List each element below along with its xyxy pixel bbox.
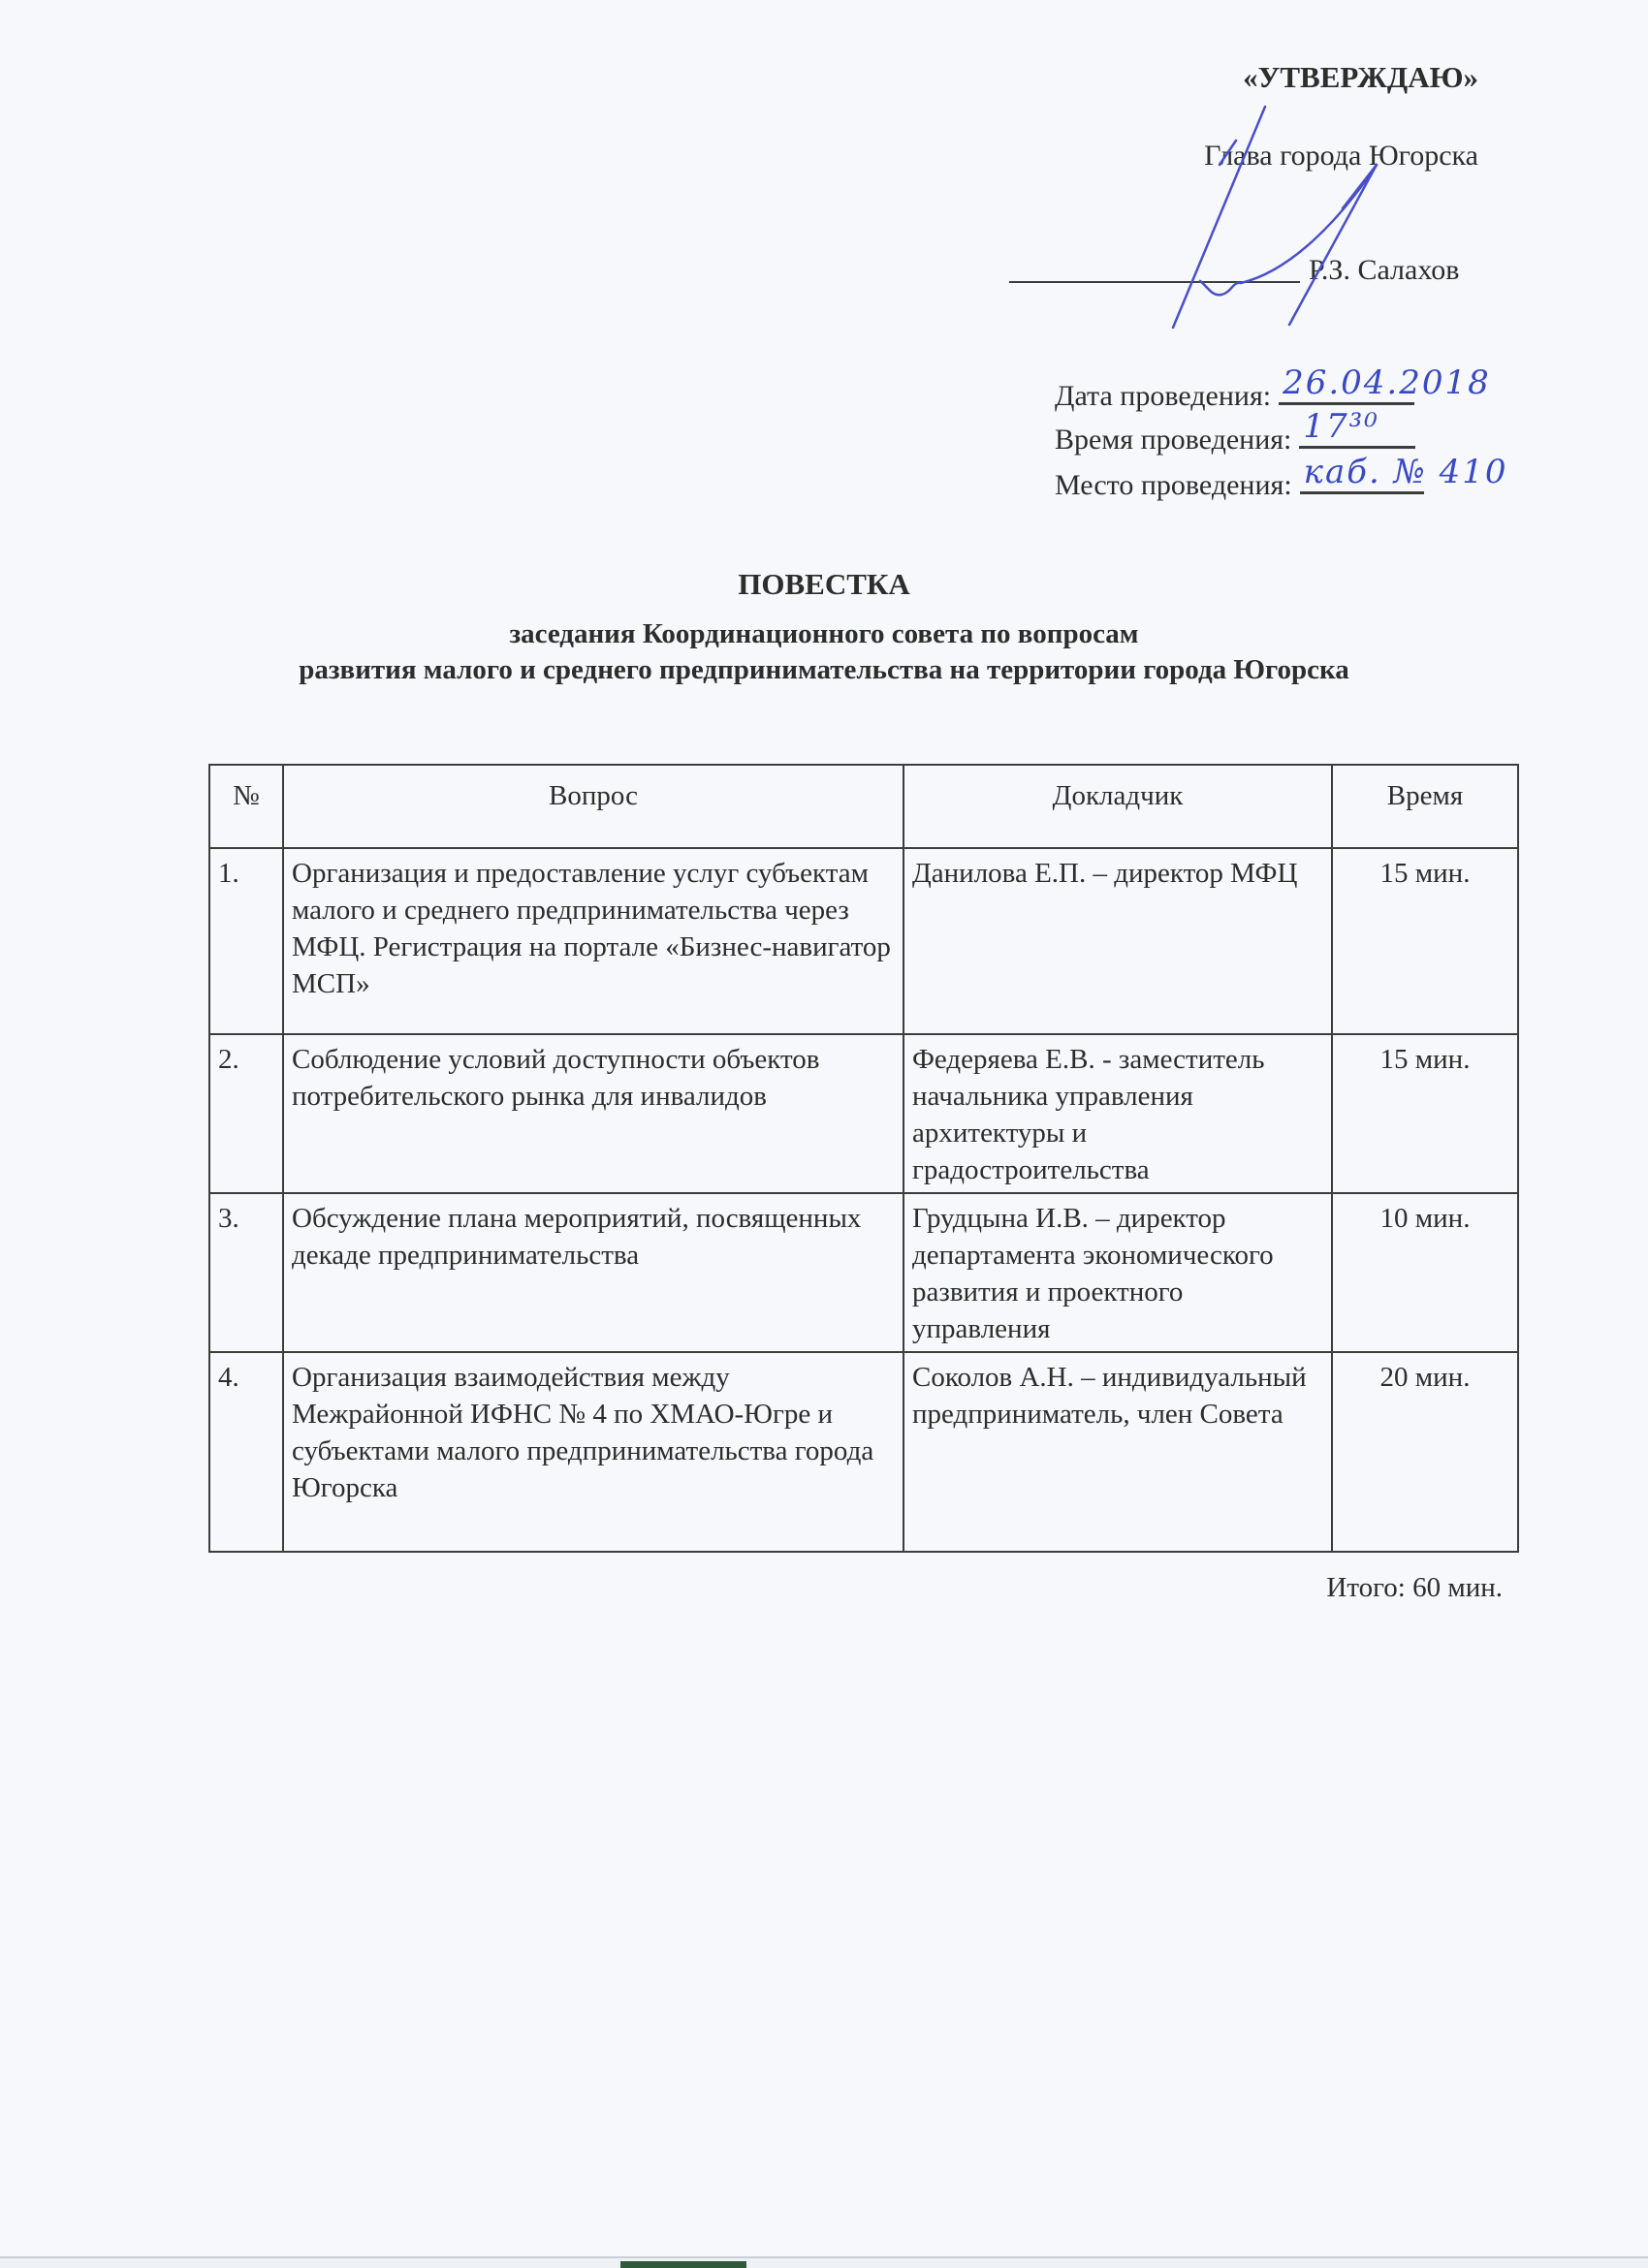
- scan-artifact: [620, 2261, 746, 2268]
- meeting-place-value: каб. № 410: [1304, 453, 1508, 491]
- row-question: Организация и предоставление услуг субъе…: [283, 848, 903, 1034]
- subtitle-line-1: заседания Координационного совета по воп…: [0, 616, 1648, 652]
- meeting-time-label: Время проведения:: [1055, 424, 1291, 457]
- row-time: 20 мин.: [1332, 1352, 1518, 1552]
- approval-stamp: «УТВЕРЖДАЮ»: [1243, 60, 1478, 95]
- row-question: Организация взаимодействия между Межрайо…: [283, 1352, 903, 1552]
- row-speaker: Федеряева Е.В. - заместитель начальника …: [903, 1034, 1332, 1193]
- header-speaker: Докладчик: [903, 765, 1332, 848]
- row-time: 15 мин.: [1332, 1034, 1518, 1193]
- document-subtitle: заседания Координационного совета по воп…: [0, 616, 1648, 688]
- meeting-date-label: Дата проведения:: [1055, 380, 1271, 413]
- row-num: 4.: [209, 1352, 283, 1552]
- row-speaker: Грудцына И.В. – директор департамента эк…: [903, 1193, 1332, 1352]
- meeting-date-value: 26.04.2018: [1283, 363, 1491, 402]
- row-time: 10 мин.: [1332, 1193, 1518, 1352]
- header-time: Время: [1332, 765, 1518, 848]
- total-duration: Итого: 60 мин.: [1326, 1572, 1503, 1604]
- document-title: ПОВЕСТКА: [0, 567, 1648, 602]
- row-num: 3.: [209, 1193, 283, 1352]
- table-row: 3. Обсуждение плана мероприятий, посвяще…: [209, 1193, 1518, 1352]
- row-num: 1.: [209, 848, 283, 1034]
- meeting-time-field: 17³⁰: [1299, 417, 1415, 449]
- meeting-time-value: 17³⁰: [1303, 407, 1379, 446]
- header-question: Вопрос: [283, 765, 903, 848]
- row-question: Соблюдение условий доступности объектов …: [283, 1034, 903, 1193]
- table-row: 4. Организация взаимодействия между Межр…: [209, 1352, 1518, 1552]
- meeting-place-label: Место проведения:: [1055, 469, 1292, 502]
- scan-edge: [0, 2256, 1648, 2268]
- meeting-place: Место проведения:каб. № 410: [1055, 462, 1424, 502]
- row-speaker: Данилова Е.П. – директор МФЦ: [903, 848, 1332, 1034]
- header-num: №: [209, 765, 283, 848]
- table-row: 2. Соблюдение условий доступности объект…: [209, 1034, 1518, 1193]
- meeting-date-field: 26.04.2018: [1279, 373, 1414, 405]
- meeting-place-field: каб. № 410: [1300, 462, 1424, 494]
- row-num: 2.: [209, 1034, 283, 1193]
- signature-icon: [1144, 97, 1396, 330]
- table-row: 1. Организация и предоставление услуг су…: [209, 848, 1518, 1034]
- subtitle-line-2: развития малого и среднего предпринимате…: [0, 652, 1648, 688]
- agenda-table: № Вопрос Докладчик Время 1. Организация …: [208, 764, 1519, 1553]
- table-header-row: № Вопрос Докладчик Время: [209, 765, 1518, 848]
- row-question: Обсуждение плана мероприятий, посвященны…: [283, 1193, 903, 1352]
- row-time: 15 мин.: [1332, 848, 1518, 1034]
- meeting-time: Время проведения:17³⁰: [1055, 417, 1415, 457]
- row-speaker: Соколов А.Н. – индивидуальный предприним…: [903, 1352, 1332, 1552]
